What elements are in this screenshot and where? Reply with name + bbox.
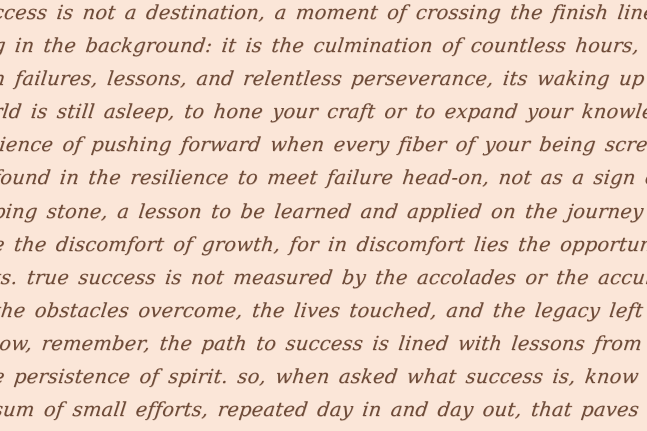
text-line: found in the resilience to meet failure … <box>0 161 647 194</box>
text-line: low, remember, the path to success is li… <box>0 327 647 360</box>
text-line: ts. true success is not measured by the … <box>0 261 647 294</box>
text-line: ping stone, a lesson to be learned and a… <box>0 195 647 228</box>
text-line: lience of pushing forward when every fib… <box>0 128 647 161</box>
text-line: sum of small efforts, repeated day in an… <box>0 393 647 426</box>
text-line: e persistence of spirit. so, when asked … <box>0 360 647 393</box>
text-line: the obstacles overcome, the lives touche… <box>0 294 647 327</box>
text-line: e the discomfort of growth, for in disco… <box>0 228 647 261</box>
text-line: h failures, lessons, and relentless pers… <box>0 62 647 95</box>
text-line: g in the background: it is the culminati… <box>0 29 647 62</box>
text-line: ccess is not a destination, a moment of … <box>0 0 647 29</box>
handwriting-specimen: ccess is not a destination, a moment of … <box>0 0 647 426</box>
text-line: rld is still asleep, to hone your craft … <box>0 95 647 128</box>
